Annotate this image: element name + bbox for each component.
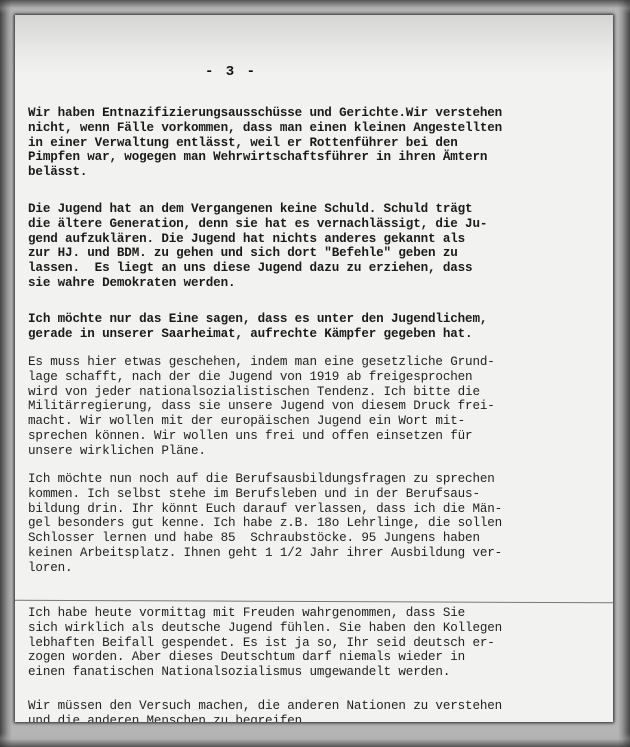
page-number: - 3 - — [205, 64, 257, 80]
text-line: Ich habe heute vormittag mit Freuden wah… — [28, 606, 608, 621]
text-line: Wir haben Entnazifizierungsausschüsse un… — [28, 106, 608, 121]
text-line: Schlosser lernen und habe 85 Schraubstöc… — [28, 531, 608, 546]
text-line: loren. — [28, 561, 608, 576]
text-line: wird von jeder nationalsozialistischen T… — [28, 385, 608, 400]
text-line: lage schafft, nach der die Jugend von 19… — [28, 370, 608, 385]
text-line: Militärregierung, dass sie unsere Jugend… — [28, 399, 608, 414]
text-line: Ich möchte nun noch auf die Berufsausbil… — [28, 472, 608, 487]
text-line: Pimpfen war, wogegen man Wehrwirtschafts… — [28, 150, 608, 165]
text-line: sie wahre Demokraten werden. — [28, 276, 608, 291]
typewritten-page: - 3 - Wir haben Entnazifizierungsausschü… — [15, 15, 613, 722]
text-line: unsere wirklichen Pläne. — [28, 444, 608, 459]
text-line: und die anderen Menschen zu begreifen. — [28, 714, 608, 722]
text-line: gerade in unserer Saarheimat, aufrechte … — [28, 327, 608, 342]
text-line: zur HJ. und BDM. zu gehen und sich dort … — [28, 246, 608, 261]
text-line: gend aufzuklären. Die Jugend hat nichts … — [28, 232, 608, 247]
text-line: Die Jugend hat an dem Vergangenen keine … — [28, 202, 608, 217]
text-line: Wir müssen den Versuch machen, die ander… — [28, 699, 608, 714]
text-line: zogen worden. Aber dieses Deutschtum dar… — [28, 650, 608, 665]
paper-discoloration — [15, 15, 613, 75]
text-line: gel besonders gut kenne. Ich habe z.B. 1… — [28, 516, 608, 531]
text-line: die ältere Generation, denn sie hat es v… — [28, 217, 608, 232]
paragraph-legal-basis: Es muss hier etwas geschehen, indem man … — [28, 355, 608, 459]
text-line: sich wirklich als deutsche Jugend fühlen… — [28, 621, 608, 636]
text-line: in einer Verwaltung entlässt, weil er Ro… — [28, 136, 608, 151]
paragraph-vocational-training: Ich möchte nun noch auf die Berufsausbil… — [28, 472, 608, 576]
text-line: nicht, wenn Fälle vorkommen, dass man ei… — [28, 121, 608, 136]
text-line: sprechen können. Wir wollen uns frei und… — [28, 429, 608, 444]
paragraph-saar-fighters: Ich möchte nur das Eine sagen, dass es u… — [28, 312, 608, 342]
paragraph-understanding-nations: Wir müssen den Versuch machen, die ander… — [28, 699, 608, 722]
paragraph-denazification: Wir haben Entnazifizierungsausschüsse un… — [28, 106, 608, 180]
text-line: Ich möchte nur das Eine sagen, dass es u… — [28, 312, 608, 327]
text-line: kommen. Ich selbst stehe im Berufsleben … — [28, 487, 608, 502]
paper-fold-line — [15, 600, 613, 604]
text-line: Es muss hier etwas geschehen, indem man … — [28, 355, 608, 370]
text-line: keinen Arbeitsplatz. Ihnen geht 1 1/2 Ja… — [28, 546, 608, 561]
paragraph-youth-guilt: Die Jugend hat an dem Vergangenen keine … — [28, 202, 608, 291]
text-line: bildung drin. Ihr könnt Euch darauf verl… — [28, 502, 608, 517]
paragraph-german-youth: Ich habe heute vormittag mit Freuden wah… — [28, 606, 608, 680]
text-line: macht. Wir wollen mit der europäischen J… — [28, 414, 608, 429]
text-line: einen fanatischen Nationalsozialismus um… — [28, 665, 608, 680]
text-line: lebhaften Beifall gespendet. Es ist ja s… — [28, 636, 608, 651]
text-line: belässt. — [28, 165, 608, 180]
text-line: lassen. Es liegt an uns diese Jugend daz… — [28, 261, 608, 276]
